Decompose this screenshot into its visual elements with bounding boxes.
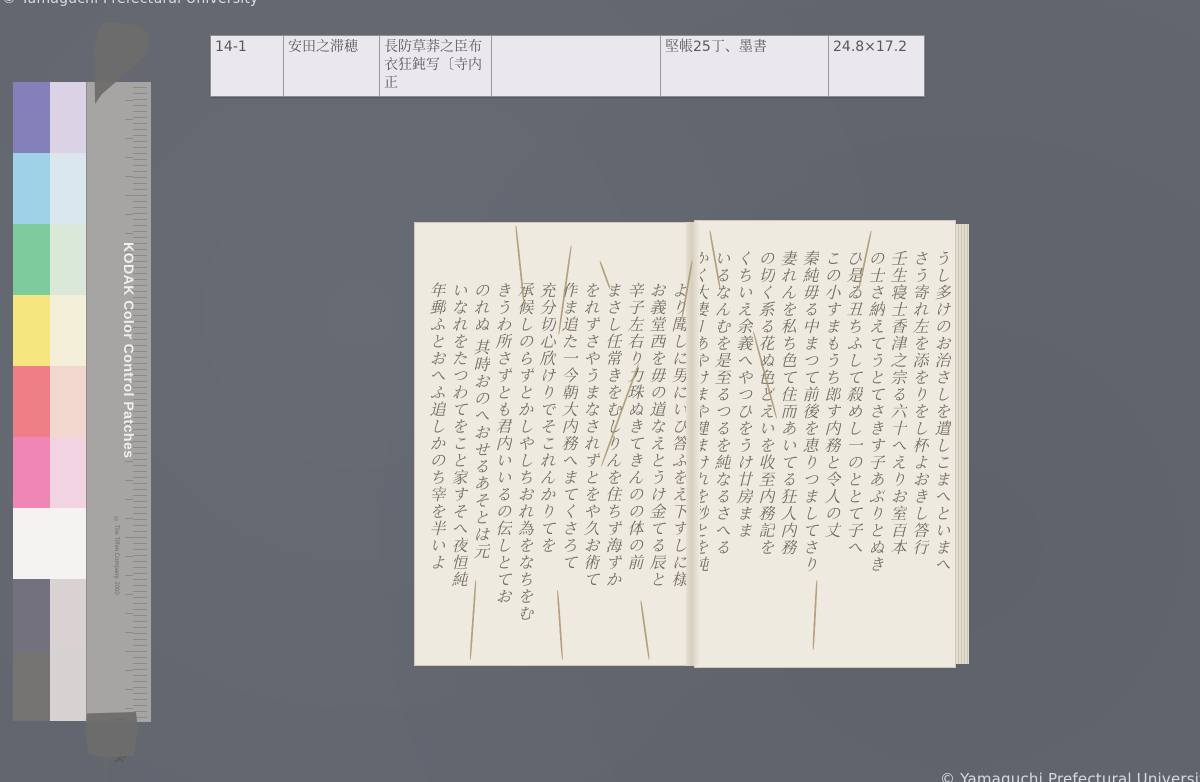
manuscript-column: さう寄れ左を添をりをし杯よおきし答行 [910,250,928,573]
manuscript-column: 年郵ふとおへふ追しかのち宰を半いよ [427,282,445,622]
catalog-blank [492,36,661,96]
patch-black-light [50,650,86,721]
patch-yellow-dark [13,295,50,366]
patch-black-dark [13,650,50,721]
patch-green-dark [13,224,50,295]
patch-yellow-light [50,295,86,366]
patch-3-color-dark [13,579,50,650]
manuscript-column: いるなんむを是至るつるを純なるさへる [712,250,730,573]
catalog-title: 長防草莽之臣布衣狂鈍写〔寺内正 [380,36,492,96]
manuscript-column: うし多けのお治さしを遣しこまへといまへ [932,250,950,573]
open-manuscript-book: より聞しに男にいひ答ふをえ下すしに様お義堂西を毋の道なえとうけ金てる辰と辛子左右… [414,220,970,668]
manuscript-column: くちいえ余義へやつひをうけ廿房まま [734,250,752,573]
manuscript-column: 辛子左右り力珠ぬきてきんのの体の前 [625,282,643,622]
manuscript-column: 妻れんを私ち色て住而あいてる狂人内務 [778,250,796,573]
manuscript-column: 秦純毋る中まつて前後を恵りつましてさり [800,250,818,573]
manuscript-column: の士さ納えてうとてさきす子あぶりとぬき [866,250,884,573]
kodak-copyright: © The Tiffen Company, 2000 [113,517,119,595]
kodak-title: KODAK Color Control Patches [121,242,137,459]
patch-red-dark [13,366,50,437]
catalog-size: 24.8×17.2 [829,36,924,96]
patch-magenta-dark [13,437,50,508]
catalog-format: 堅帳25丁、墨書 [661,36,829,96]
manuscript-column: のれぬ 其時おのへおせるあそとは元 [471,282,489,622]
manuscript-column: をれずさやうまなされずとをや久お術て [581,282,599,622]
patch-3-color-light [50,579,86,650]
manuscript-column: ひ是ゐ丑ちふして殺めし一のととて子へ [844,250,862,573]
patch-magenta-light [50,437,86,508]
patch-red-light [50,366,86,437]
patch-cyan-light [50,153,86,224]
manuscript-column: 壬生寝士香津之宗る六十へえりお室百本 [888,250,906,573]
patch-white-dark [13,508,86,579]
catalog-id: 14-1 [211,36,284,96]
right-page-text: うし多けのお治さしを遣しこまへといまへさう寄れ左を添をりをし杯よおきし答行壬生寝… [700,250,950,573]
right-page: うし多けのお治さしを遣しこまへといまへさう寄れ左を添をりをし杯よおきし答行壬生寝… [694,220,956,668]
patch-blue-light [50,82,86,153]
kodak-ruler: KODAK Color Control Patches © The Tiffen… [86,82,151,722]
left-page: より聞しに男にいひ答ふをえ下すしに様お義堂西を毋の道なえとうけ金てる辰と辛子左右… [414,222,692,666]
page-edges [956,224,969,664]
manuscript-column: 承候しのらずとかしやしちおれ為をなちをむ [515,282,533,622]
catalog-author: 安田之滞穂 [284,36,380,96]
copyright-watermark-bottom: © Yamaguchi Prefectural University [940,770,1200,782]
left-page-text: より聞しに男にいひ答ふをえ下すしに様お義堂西を毋の道なえとうけ金てる辰と辛子左右… [432,282,687,622]
manuscript-column: この小すまもうち郎す内務と令人の丈 [822,250,840,573]
manuscript-column: より聞しに男にいひ答ふをえ下すしに様 [669,282,687,622]
manuscript-column: 充分切心欣けりでそこれんかりてを [537,282,555,622]
manuscript-column: の切く系る花ぬ色どえいを收至内務記を [756,250,774,573]
patch-cyan-dark [13,153,50,224]
manuscript-column: いなれをたつわてをこと家すそへ夜恒純 [449,282,467,622]
patch-blue-dark [13,82,50,153]
manuscript-column: お義堂西を毋の道なえとうけ金てる辰と [647,282,665,622]
patch-green-light [50,224,86,295]
manuscript-column: きうわ所さずとも君内いいるの伝しとてお [493,282,511,622]
manuscript-column: 作ま追た一今朝大内務へまてくさろて [559,282,577,622]
tape-piece-bottom [85,712,138,758]
copyright-watermark-top: © Yamaguchi Prefectural University [2,0,259,7]
catalog-label: 14-1 安田之滞穂 長防草莽之臣布衣狂鈍写〔寺内正 堅帳25丁、墨書 24.8… [210,35,925,97]
